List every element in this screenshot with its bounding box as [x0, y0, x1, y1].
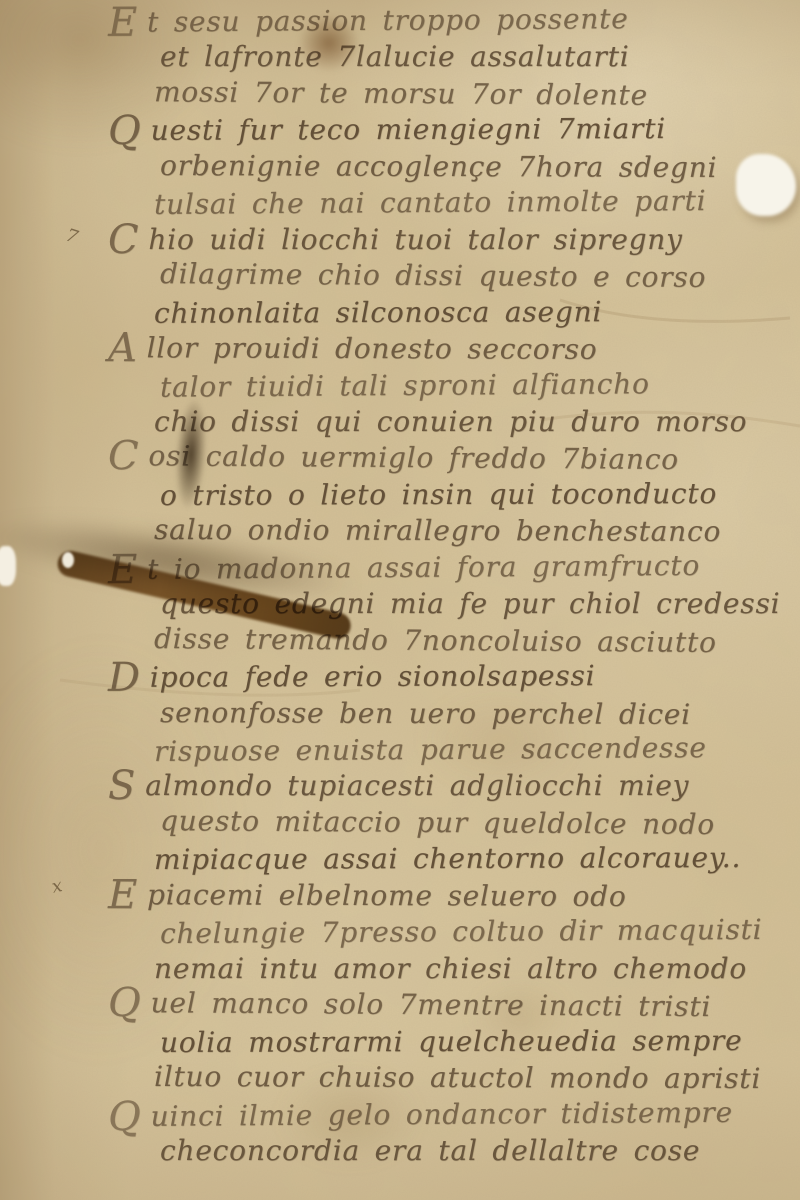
line-text: questo mitaccio pur queldolce nodo: [160, 804, 715, 841]
manuscript-line: senonfosse ben uero perchel dicei: [160, 696, 691, 731]
line-text: t sesu passion troppo possente: [147, 2, 629, 38]
line-text: chelungie 7presso coltuo dir macquisti: [160, 913, 763, 950]
line-text: o tristo o lieto insin qui toconducto: [160, 477, 717, 512]
initial-capital: E: [108, 0, 138, 46]
line-text: et lafronte 7lalucie assalutarti: [160, 40, 630, 73]
manuscript-line: Et sesu passion troppo possente: [108, 2, 629, 39]
initial-capital: D: [108, 655, 141, 701]
manuscript-line: rispuose enuista parue saccendesse: [154, 731, 707, 768]
line-text: uinci ilmie gelo ondancor tidistempre: [150, 1095, 733, 1132]
manuscript-line: Allor prouidi donesto seccorso: [108, 331, 598, 366]
manuscript-line: saluo ondio mirallegro benchestanco: [154, 513, 721, 548]
manuscript-line: Chio uidi liocchi tuoi talor sipregny: [108, 223, 683, 256]
line-text: uolia mostrarmi quelcheuedia sempre: [160, 1024, 743, 1059]
manuscript-line: mossi 7or te morsu 7or dolente: [154, 75, 648, 111]
line-text: llor prouidi donesto seccorso: [147, 331, 598, 366]
manuscript-line: mipiacque assai chentorno alcorauey..: [154, 841, 741, 876]
line-text: ipoca fede erio sionolsapessi: [150, 659, 596, 694]
line-text: disse tremando 7noncoluiso asciutto: [154, 622, 717, 659]
initial-capital: Q: [108, 980, 142, 1026]
margin-pen-mark: 7: [63, 225, 80, 249]
line-text: iltuo cuor chuiso atuctol mondo apristi: [154, 1060, 761, 1095]
line-text: t io madonna assai fora gramfructo: [147, 549, 700, 586]
line-text: talor tiuidi tali sproni alfiancho: [160, 367, 650, 403]
line-text: nemai intu amor chiesi altro chemodo: [154, 952, 747, 985]
initial-capital: C: [108, 433, 140, 479]
line-text: uesti fur teco miengiegni 7miarti: [151, 112, 667, 147]
manuscript-line: checoncordia era tal dellaltre cose: [160, 1134, 700, 1167]
line-text: orbenignie accoglençe 7hora sdegni: [160, 149, 717, 184]
line-text: osi caldo uermiglo freddo 7bianco: [148, 440, 679, 477]
manuscript-line: tulsai che nai cantato inmolte parti: [154, 184, 707, 221]
manuscript-line: chinonlaita silconosca asegni: [154, 295, 602, 330]
text-block: Et sesu passion troppo possenteet lafron…: [0, 0, 800, 1200]
line-text: chio dissi qui conuien piu duro morso: [154, 405, 747, 438]
line-text: piacemi elbelnome seluero odo: [147, 878, 627, 913]
manuscript-line: Questi fur teco miengiegni 7miarti: [108, 112, 666, 147]
initial-capital: C: [108, 217, 139, 263]
manuscript-line: et lafronte 7lalucie assalutarti: [160, 40, 630, 73]
manuscript-line: chio dissi qui conuien piu duro morso: [154, 405, 747, 438]
manuscript-line: Cosi caldo uermiglo freddo 7bianco: [108, 439, 679, 476]
initial-capital: Q: [108, 1093, 142, 1139]
line-text: mipiacque assai chentorno alcorauey..: [154, 841, 741, 876]
margin-pen-mark: x: [50, 875, 64, 898]
line-text: rispuose enuista parue saccendesse: [154, 731, 707, 768]
line-text: chinonlaita silconosca asegni: [154, 295, 602, 330]
initial-capital: S: [108, 763, 136, 809]
manuscript-line: chelungie 7presso coltuo dir macquisti: [160, 913, 763, 950]
manuscript-line: nemai intu amor chiesi altro chemodo: [154, 952, 747, 985]
manuscript-line: Quel manco solo 7mentre inacti tristi: [108, 986, 711, 1023]
line-text: checoncordia era tal dellaltre cose: [160, 1134, 700, 1167]
line-text: uel manco solo 7mentre inacti tristi: [150, 986, 711, 1023]
manuscript-page: Et sesu passion troppo possenteet lafron…: [0, 0, 800, 1200]
manuscript-line: Epiacemi elbelnome seluero odo: [108, 878, 627, 913]
initial-capital: A: [108, 325, 138, 371]
manuscript-line: Salmondo tupiacesti adgliocchi miey: [108, 769, 689, 802]
manuscript-line: dilagrime chio dissi questo e corso: [160, 257, 706, 294]
manuscript-line: talor tiuidi tali sproni alfiancho: [160, 367, 650, 403]
manuscript-line: iltuo cuor chuiso atuctol mondo apristi: [154, 1060, 761, 1095]
initial-capital: E: [108, 547, 138, 593]
line-text: hio uidi liocchi tuoi talor sipregny: [148, 223, 682, 256]
line-text: almondo tupiacesti adgliocchi miey: [145, 769, 689, 802]
line-text: senonfosse ben uero perchel dicei: [160, 696, 691, 731]
line-text: mossi 7or te morsu 7or dolente: [154, 75, 648, 111]
initial-capital: E: [108, 872, 138, 918]
manuscript-line: uolia mostrarmi quelcheuedia sempre: [160, 1024, 743, 1059]
manuscript-line: disse tremando 7noncoluiso asciutto: [154, 622, 717, 659]
manuscript-line: orbenignie accoglençe 7hora sdegni: [160, 149, 717, 184]
line-text: saluo ondio mirallegro benchestanco: [154, 513, 721, 548]
manuscript-line: questo mitaccio pur queldolce nodo: [160, 804, 715, 841]
line-text: tulsai che nai cantato inmolte parti: [154, 184, 707, 221]
manuscript-line: Quinci ilmie gelo ondancor tidistempre: [108, 1095, 733, 1132]
initial-capital: Q: [108, 108, 142, 154]
line-text: dilagrime chio dissi questo e corso: [160, 257, 706, 294]
manuscript-line: Et io madonna assai fora gramfructo: [108, 549, 700, 586]
manuscript-line: Dipoca fede erio sionolsapessi: [108, 659, 595, 694]
manuscript-line: questo edegni mia fe pur chiol credessi: [160, 587, 780, 620]
manuscript-line: o tristo o lieto insin qui toconducto: [160, 477, 717, 512]
line-text: questo edegni mia fe pur chiol credessi: [160, 587, 780, 620]
